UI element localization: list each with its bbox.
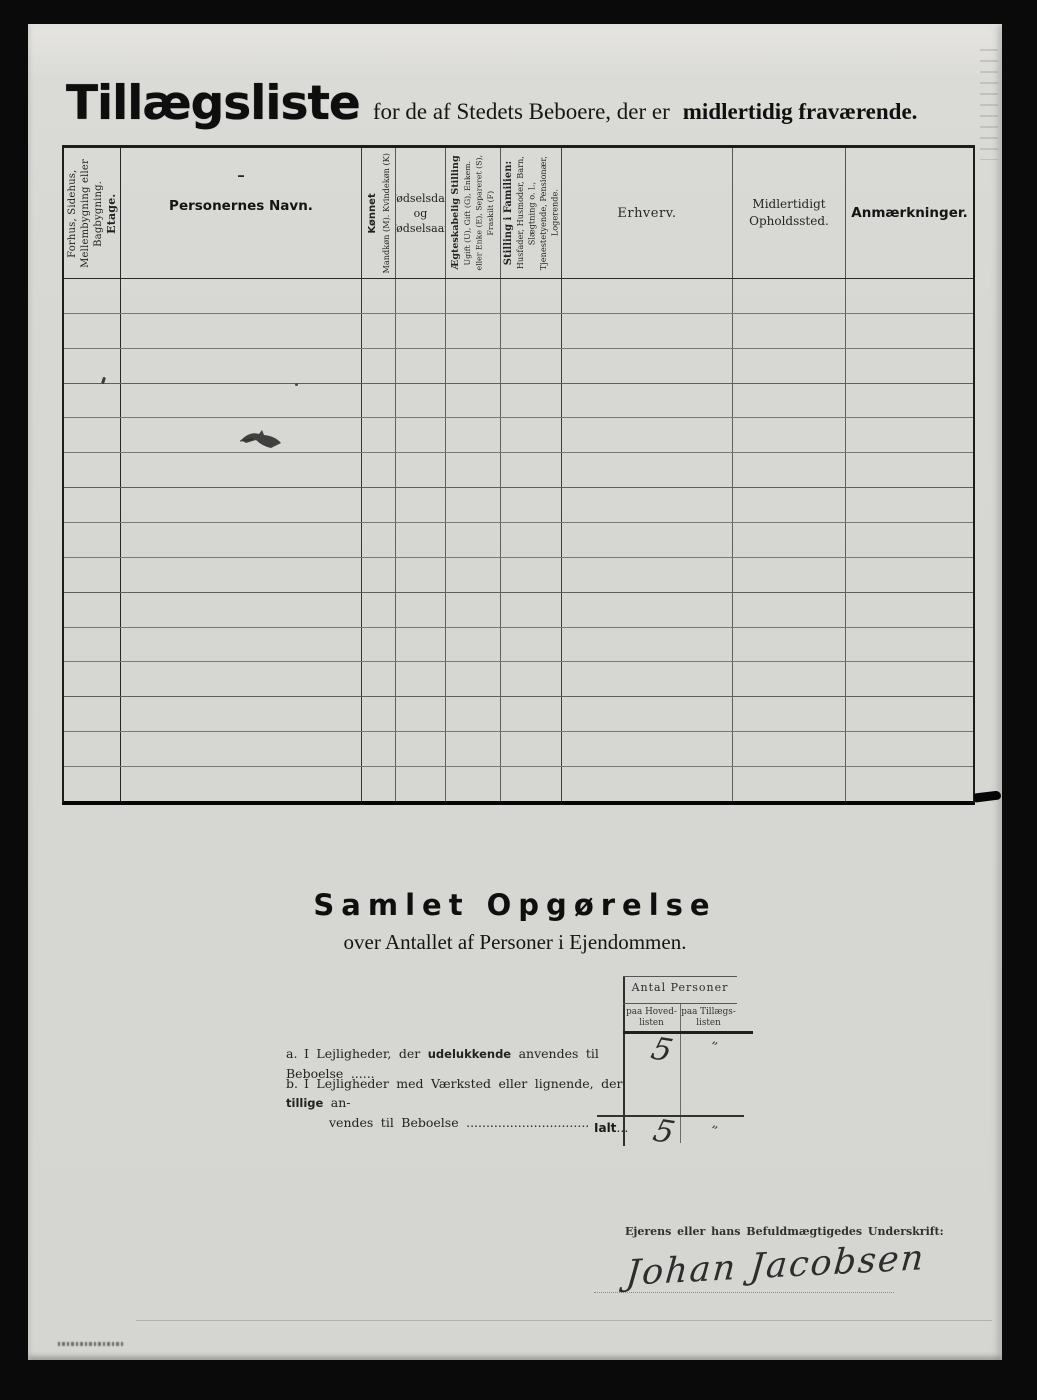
table-cell-empty — [64, 349, 121, 383]
header-name-dash: – — [121, 166, 361, 184]
header-building: Forhus, Sidehus, Mellembygning eller Bag… — [64, 148, 121, 278]
header-sex: Kønnet Mandkøn (M). Kvindekøn (K) — [362, 148, 396, 278]
table-row-empty — [64, 662, 973, 697]
table-cell-empty — [733, 488, 846, 522]
table-cell-empty — [562, 384, 733, 418]
header-birth-label: Fødselsdag og Fødselsaar. — [396, 191, 446, 236]
table-cell-empty — [846, 488, 973, 522]
table-cell-empty — [846, 453, 973, 487]
table-cell-empty — [846, 662, 973, 696]
handwritten-ditto-a: ” — [708, 1039, 719, 1055]
table-cell-empty — [562, 593, 733, 627]
table-cell-empty — [64, 453, 121, 487]
table-cell-empty — [396, 523, 446, 557]
table-cell-empty — [362, 349, 396, 383]
table-cell-empty — [501, 314, 562, 348]
table-row-empty — [64, 523, 973, 558]
table-cell-empty — [846, 593, 973, 627]
table-cell-empty — [362, 488, 396, 522]
table-cell-empty — [396, 732, 446, 766]
count-table-midline — [623, 1003, 737, 1004]
table-row-empty — [64, 697, 973, 732]
table-cell-empty — [501, 732, 562, 766]
table-row-empty — [64, 418, 973, 453]
table-cell-empty — [121, 593, 362, 627]
table-cell-empty — [121, 279, 362, 313]
table-cell-empty — [501, 662, 562, 696]
table-cell-empty — [446, 488, 501, 522]
table-cell-empty — [501, 697, 562, 731]
summary-heading: Samlet Opgørelse — [28, 888, 1002, 922]
header-name: – Personernes Navn. — [121, 148, 362, 278]
table-row-empty — [64, 453, 973, 488]
table-header-row: Forhus, Sidehus, Mellembygning eller Bag… — [64, 148, 973, 279]
table-cell-empty — [64, 314, 121, 348]
table-cell-empty — [562, 767, 733, 801]
ink-speck — [295, 383, 298, 386]
table-cell-empty — [121, 732, 362, 766]
table-cell-empty — [362, 418, 396, 452]
table-cell-empty — [362, 697, 396, 731]
table-cell-empty — [446, 418, 501, 452]
handwritten-ditto-total: ” — [708, 1123, 719, 1139]
table-cell-empty — [64, 697, 121, 731]
table-cell-empty — [562, 662, 733, 696]
table-cell-empty — [446, 279, 501, 313]
table-cell-empty — [562, 488, 733, 522]
header-residence: Midlertidigt Opholdssted. — [733, 148, 846, 278]
table-cell-empty — [121, 558, 362, 592]
scan-edge-blob — [974, 790, 1002, 802]
table-cell-empty — [733, 558, 846, 592]
table-cell-empty — [121, 488, 362, 522]
table-cell-empty — [846, 279, 973, 313]
table-row-empty — [64, 384, 973, 419]
table-cell-empty — [396, 384, 446, 418]
table-cell-empty — [846, 418, 973, 452]
table-cell-empty — [121, 697, 362, 731]
table-cell-empty — [733, 732, 846, 766]
table-cell-empty — [362, 384, 396, 418]
table-row-empty — [64, 767, 973, 801]
table-cell-empty — [733, 662, 846, 696]
scan-artifact-line — [136, 1320, 992, 1321]
table-row-empty — [64, 732, 973, 767]
table-row-empty — [64, 593, 973, 628]
table-cell-empty — [396, 418, 446, 452]
table-row-empty — [64, 279, 973, 314]
table-cell-empty — [64, 488, 121, 522]
table-cell-empty — [733, 697, 846, 731]
count-table-topline — [623, 976, 737, 977]
table-cell-empty — [121, 628, 362, 662]
table-cell-empty — [733, 523, 846, 557]
table-cell-empty — [501, 523, 562, 557]
form-title-rest: for de af Stedets Beboere, der er — [373, 99, 670, 125]
table-cell-empty — [733, 384, 846, 418]
table-cell-empty — [362, 558, 396, 592]
table-cell-empty — [396, 767, 446, 801]
table-cell-empty — [446, 349, 501, 383]
table-cell-empty — [733, 593, 846, 627]
table-cell-empty — [396, 453, 446, 487]
table-cell-empty — [846, 628, 973, 662]
summary-total: Ialt... — [594, 1120, 628, 1135]
table-cell-empty — [446, 453, 501, 487]
table-cell-empty — [562, 279, 733, 313]
table-cell-empty — [64, 418, 121, 452]
header-family: Stilling i Familien: Husfader, Husmoder,… — [501, 148, 562, 278]
table-cell-empty — [396, 279, 446, 313]
table-cell-empty — [733, 767, 846, 801]
table-cell-empty — [562, 349, 733, 383]
table-cell-empty — [362, 453, 396, 487]
table-cell-empty — [362, 767, 396, 801]
table-cell-empty — [846, 767, 973, 801]
table-cell-empty — [501, 418, 562, 452]
table-cell-empty — [501, 349, 562, 383]
table-cell-empty — [501, 558, 562, 592]
table-cell-empty — [562, 732, 733, 766]
table-cell-empty — [64, 662, 121, 696]
table-cell-empty — [121, 523, 362, 557]
table-cell-empty — [396, 558, 446, 592]
table-row-empty — [64, 349, 973, 384]
table-cell-empty — [396, 349, 446, 383]
form-title-main: Tillægsliste — [66, 76, 360, 131]
header-marital-label: Ægteskabelig Stilling Ugift (U), Gift (G… — [449, 155, 497, 270]
count-table-thickline — [623, 1031, 753, 1034]
table-cell-empty — [396, 593, 446, 627]
table-cell-empty — [121, 662, 362, 696]
table-cell-empty — [446, 523, 501, 557]
header-name-label: Personernes Navn. — [169, 198, 313, 214]
table-cell-empty — [121, 453, 362, 487]
table-cell-empty — [733, 453, 846, 487]
table-row-empty — [64, 314, 973, 349]
table-cell-empty — [846, 732, 973, 766]
table-cell-empty — [64, 732, 121, 766]
table-cell-empty — [64, 384, 121, 418]
table-cell-empty — [396, 488, 446, 522]
ink-scribble — [238, 422, 288, 454]
signature-handwriting: Johan Jacobsen — [624, 1238, 926, 1294]
scan-ghost-text — [980, 40, 998, 160]
form-title-emphasis: midlertidig fraværende. — [683, 99, 918, 125]
table-cell-empty — [562, 697, 733, 731]
emphasis-udelukkende: udelukkende — [428, 1047, 511, 1061]
table-cell-empty — [501, 453, 562, 487]
page-title: Tillægsliste for de af Stedets Beboere, … — [66, 76, 917, 131]
table-cell-empty — [362, 662, 396, 696]
header-birth: Fødselsdag og Fødselsaar. — [396, 148, 446, 278]
header-remarks: Anmærkninger. — [846, 148, 973, 278]
header-sex-label: Kønnet Mandkøn (M). Kvindekøn (K) — [365, 153, 393, 274]
header-marital: Ægteskabelig Stilling Ugift (U), Gift (G… — [446, 148, 501, 278]
emphasis-tillige: tillige — [286, 1096, 323, 1110]
table-cell-empty — [733, 349, 846, 383]
table-cell-empty — [362, 732, 396, 766]
table-cell-empty — [64, 628, 121, 662]
table-cell-empty — [562, 418, 733, 452]
header-building-label: Forhus, Sidehus, Mellembygning eller Bag… — [66, 159, 118, 268]
table-cell-empty — [64, 523, 121, 557]
table-cell-empty — [446, 767, 501, 801]
table-cell-empty — [501, 279, 562, 313]
table-cell-empty — [562, 314, 733, 348]
table-cell-empty — [362, 279, 396, 313]
handwritten-count-a: 5 — [647, 1031, 676, 1069]
handwritten-count-total: 5 — [649, 1113, 678, 1151]
table-cell-empty — [562, 453, 733, 487]
table-cell-empty — [121, 767, 362, 801]
header-occupation: Erhverv. — [562, 148, 733, 278]
table-cell-empty — [501, 384, 562, 418]
table-cell-empty — [446, 314, 501, 348]
table-cell-empty — [446, 384, 501, 418]
summary-item-b: b.I Lejligheder med Værksted eller ligne… — [286, 1074, 626, 1132]
printer-mark — [58, 1342, 124, 1346]
table-cell-empty — [396, 314, 446, 348]
table-cell-empty — [733, 418, 846, 452]
table-cell-empty — [501, 488, 562, 522]
table-cell-empty — [64, 593, 121, 627]
table-cell-empty — [501, 593, 562, 627]
header-family-label: Stilling i Familien: Husfader, Husmoder,… — [502, 156, 561, 270]
table-cell-empty — [121, 349, 362, 383]
table-row-empty — [64, 488, 973, 523]
count-table-header: Antal Personer — [623, 981, 737, 994]
table-cell-empty — [846, 697, 973, 731]
table-cell-empty — [446, 697, 501, 731]
table-cell-empty — [446, 628, 501, 662]
table-cell-empty — [121, 384, 362, 418]
table-cell-empty — [733, 279, 846, 313]
table-cell-empty — [64, 767, 121, 801]
signature-label: Ejerens eller hans Befuldmægtigedes Unde… — [625, 1225, 944, 1238]
header-residence-label: Midlertidigt Opholdssted. — [749, 196, 829, 230]
table-cell-empty — [846, 384, 973, 418]
table-cell-empty — [846, 558, 973, 592]
table-cell-empty — [446, 558, 501, 592]
table-cell-empty — [846, 349, 973, 383]
table-cell-empty — [64, 558, 121, 592]
table-cell-empty — [501, 628, 562, 662]
table-cell-empty — [846, 314, 973, 348]
table-cell-empty — [362, 593, 396, 627]
table-cell-empty — [362, 628, 396, 662]
summary-subheading: over Antallet af Personer i Ejendommen. — [28, 930, 1002, 955]
table-cell-empty — [446, 593, 501, 627]
table-body — [64, 279, 973, 801]
persons-table: Forhus, Sidehus, Mellembygning eller Bag… — [62, 145, 975, 805]
count-col-suppllist: paa Tillægs- listen — [680, 1007, 737, 1028]
table-cell-empty — [446, 732, 501, 766]
count-col-mainlist: paa Hoved- listen — [623, 1007, 680, 1028]
census-form-page: Tillægsliste for de af Stedets Beboere, … — [28, 24, 1002, 1360]
table-cell-empty — [562, 523, 733, 557]
table-row-empty — [64, 628, 973, 663]
table-cell-empty — [501, 767, 562, 801]
table-cell-empty — [846, 523, 973, 557]
table-cell-empty — [396, 628, 446, 662]
table-cell-empty — [562, 628, 733, 662]
table-cell-empty — [396, 662, 446, 696]
table-cell-empty — [362, 523, 396, 557]
table-cell-empty — [562, 558, 733, 592]
table-cell-empty — [362, 314, 396, 348]
table-cell-empty — [733, 628, 846, 662]
table-cell-empty — [64, 279, 121, 313]
table-cell-empty — [733, 314, 846, 348]
table-cell-empty — [446, 662, 501, 696]
table-cell-empty — [396, 697, 446, 731]
table-row-empty — [64, 558, 973, 593]
table-cell-empty — [121, 314, 362, 348]
